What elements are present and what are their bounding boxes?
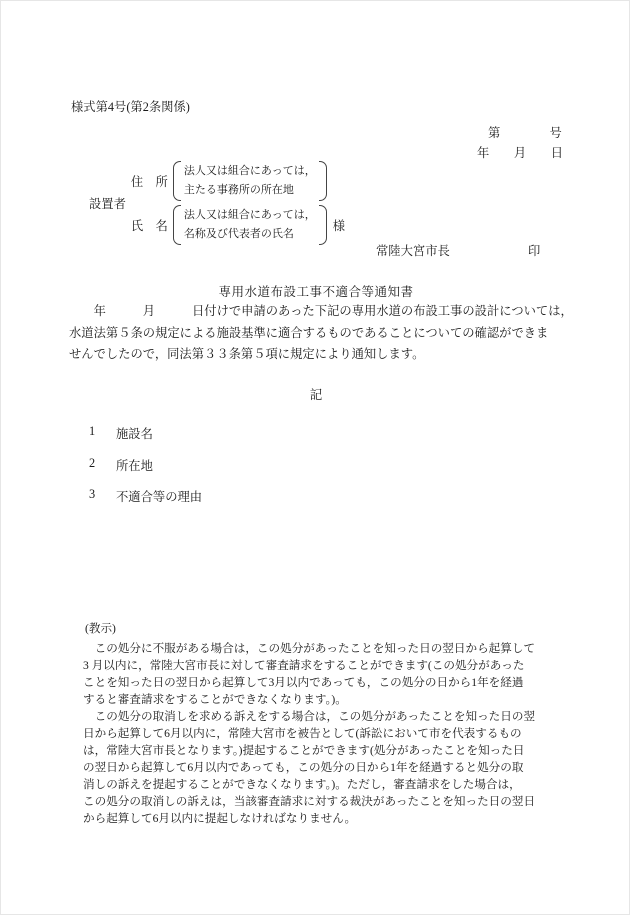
- name-note: 法人又は組合にあっては， 名称及び代表者の氏名: [184, 206, 316, 244]
- form-number: 様式第4号(第2条関係): [71, 97, 190, 115]
- seal-mark: 印: [528, 241, 540, 259]
- addressee-groups: 住 所 法人又は組合にあっては， 主たる事務所の所在地 氏 名 法人又は組合にあ…: [131, 159, 345, 247]
- list-item-nonconformity-reason: 3 不適合等の理由: [89, 487, 202, 519]
- item-list: 1 施設名 2 所在地 3 不適合等の理由: [89, 424, 202, 519]
- name-note-line2: 名称及び代表者の氏名: [184, 228, 294, 240]
- ki-marker: 記: [1, 385, 630, 403]
- item-number: 2: [89, 456, 116, 471]
- address-note: 法人又は組合にあっては， 主たる事務所の所在地: [184, 162, 316, 200]
- address-group: 住 所 法人又は組合にあっては， 主たる事務所の所在地: [131, 159, 345, 203]
- honorific-sama: 様: [333, 216, 345, 234]
- right-brace-icon: [319, 161, 327, 201]
- right-brace-icon: [319, 205, 327, 245]
- item-number: 1: [89, 424, 116, 439]
- list-item-location: 2 所在地: [89, 456, 202, 488]
- kyouji-heading: (教示): [85, 620, 116, 636]
- left-brace-icon: [173, 161, 181, 201]
- document-title: 専用水道布設工事不適合等通知書: [1, 282, 630, 300]
- name-label: 氏 名: [131, 216, 169, 234]
- address-label: 住 所: [131, 172, 169, 190]
- item-number: 3: [89, 487, 116, 502]
- mayor-name: 常陸大宮市長: [376, 241, 450, 259]
- item-label: 不適合等の理由: [116, 487, 202, 505]
- left-brace-icon: [173, 205, 181, 245]
- document-number-line: 第 号: [488, 123, 562, 141]
- date-line: 年 月 日: [477, 143, 563, 161]
- document-page: 様式第4号(第2条関係) 第 号 年 月 日 設置者 住 所 法人又は組合にあっ…: [0, 0, 630, 915]
- installer-label: 設置者: [89, 194, 126, 212]
- kyouji-text: この処分に不服がある場合は，この処分があったことを知った日の翌日から起算して 3…: [83, 640, 563, 827]
- address-note-line1: 法人又は組合にあっては，: [184, 165, 316, 177]
- body-paragraph: 年 月 日付けで申請のあった下記の専用水道の布設工事の設計については， 水道法第…: [69, 301, 574, 366]
- list-item-facility-name: 1 施設名: [89, 424, 202, 456]
- addressee-block: 設置者 住 所 法人又は組合にあっては， 主たる事務所の所在地 氏 名 法人又は…: [89, 159, 345, 247]
- name-note-line1: 法人又は組合にあっては，: [184, 209, 316, 221]
- item-label: 施設名: [116, 424, 153, 442]
- item-label: 所在地: [116, 456, 153, 474]
- address-note-line2: 主たる事務所の所在地: [184, 184, 294, 196]
- name-group: 氏 名 法人又は組合にあっては， 名称及び代表者の氏名 様: [131, 203, 345, 247]
